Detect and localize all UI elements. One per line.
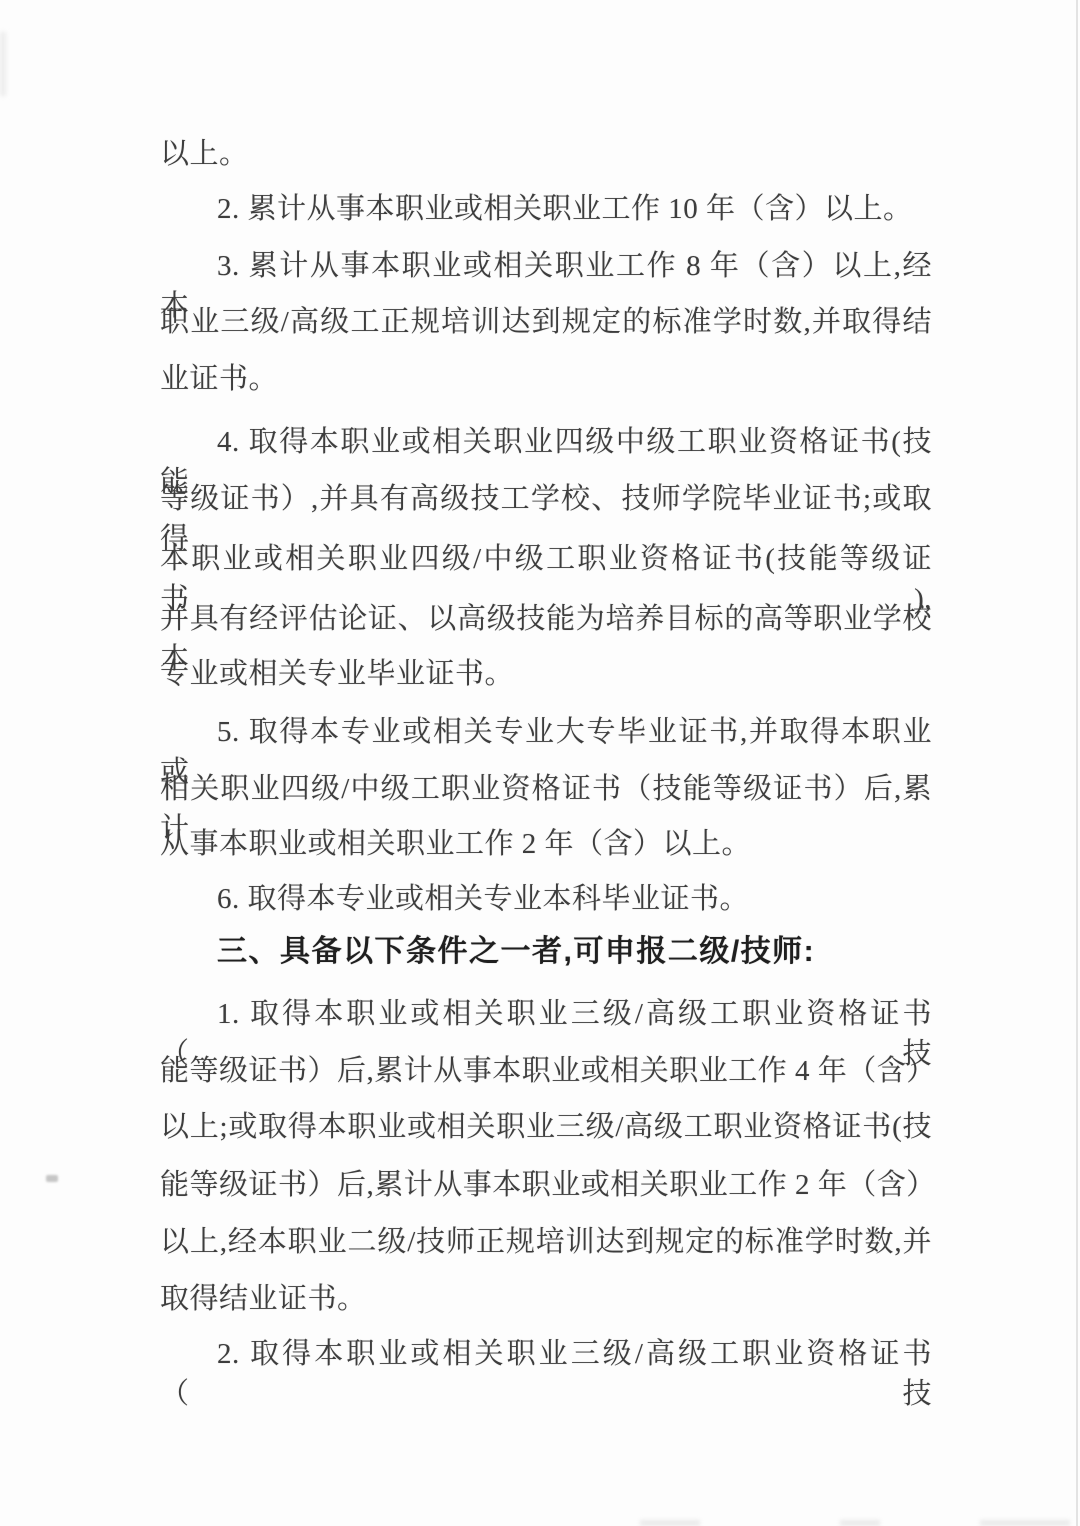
text-line: 能等级证书）后,累计从事本职业或相关职业工作 2 年（含） [160,1165,932,1209]
document-page: 以上。 2. 累计从事本职业或相关职业工作 10 年（含）以上。 3. 累计从事… [0,0,1080,1526]
section-heading: 三、具备以下条件之一者,可申报二级/技师: [160,932,932,976]
text-line: 专业或相关专业毕业证书。 [160,654,932,698]
text-line: 职业三级/高级工正规培训达到规定的标准学时数,并取得结 [160,302,932,346]
text-line: 以上。 [160,134,932,178]
scan-bottom-noise [840,1520,880,1526]
text-line: 相关职业四级/中级工职业资格证书（技能等级证书）后,累计 [160,769,932,813]
scan-bottom-noise [980,1520,1070,1526]
scan-edge-line [1076,0,1078,1526]
text-line: 2. 累计从事本职业或相关职业工作 10 年（含）以上。 [160,189,932,233]
scan-bottom-noise [640,1520,700,1526]
text-line: 本职业或相关职业四级/中级工职业资格证书(技能等级证书), [160,539,932,583]
scan-edge-strip [0,32,6,96]
text-line: 6. 取得本专业或相关专业本科毕业证书。 [160,879,932,923]
text-line: 能等级证书）后,累计从事本职业或相关职业工作 4 年（含） [160,1051,932,1095]
text-line: 以上,经本职业二级/技师正规培训达到规定的标准学时数,并 [160,1222,932,1266]
text-line: 从事本职业或相关职业工作 2 年（含）以上。 [160,824,932,868]
text-line: 业证书。 [160,359,932,403]
text-line: 取得结业证书。 [160,1279,932,1323]
text-line: 2. 取得本职业或相关职业三级/高级工职业资格证书（技 [160,1334,932,1378]
text-line: 以上;或取得本职业或相关职业三级/高级工职业资格证书(技 [160,1107,932,1151]
text-line: 4. 取得本职业或相关职业四级中级工职业资格证书(技能 [160,422,932,466]
text-line: 等级证书）,并具有高级技工学校、技师学院毕业证书;或取得 [160,479,932,523]
text-line: 并具有经评估论证、以高级技能为培养目标的高等职业学校本 [160,599,932,643]
text-line: 3. 累计从事本职业或相关职业工作 8 年（含）以上,经本 [160,246,932,290]
text-line: 1. 取得本职业或相关职业三级/高级工职业资格证书（技 [160,994,932,1038]
text-line: 5. 取得本专业或相关专业大专毕业证书,并取得本职业或 [160,712,932,756]
scan-smudge [46,1175,58,1182]
